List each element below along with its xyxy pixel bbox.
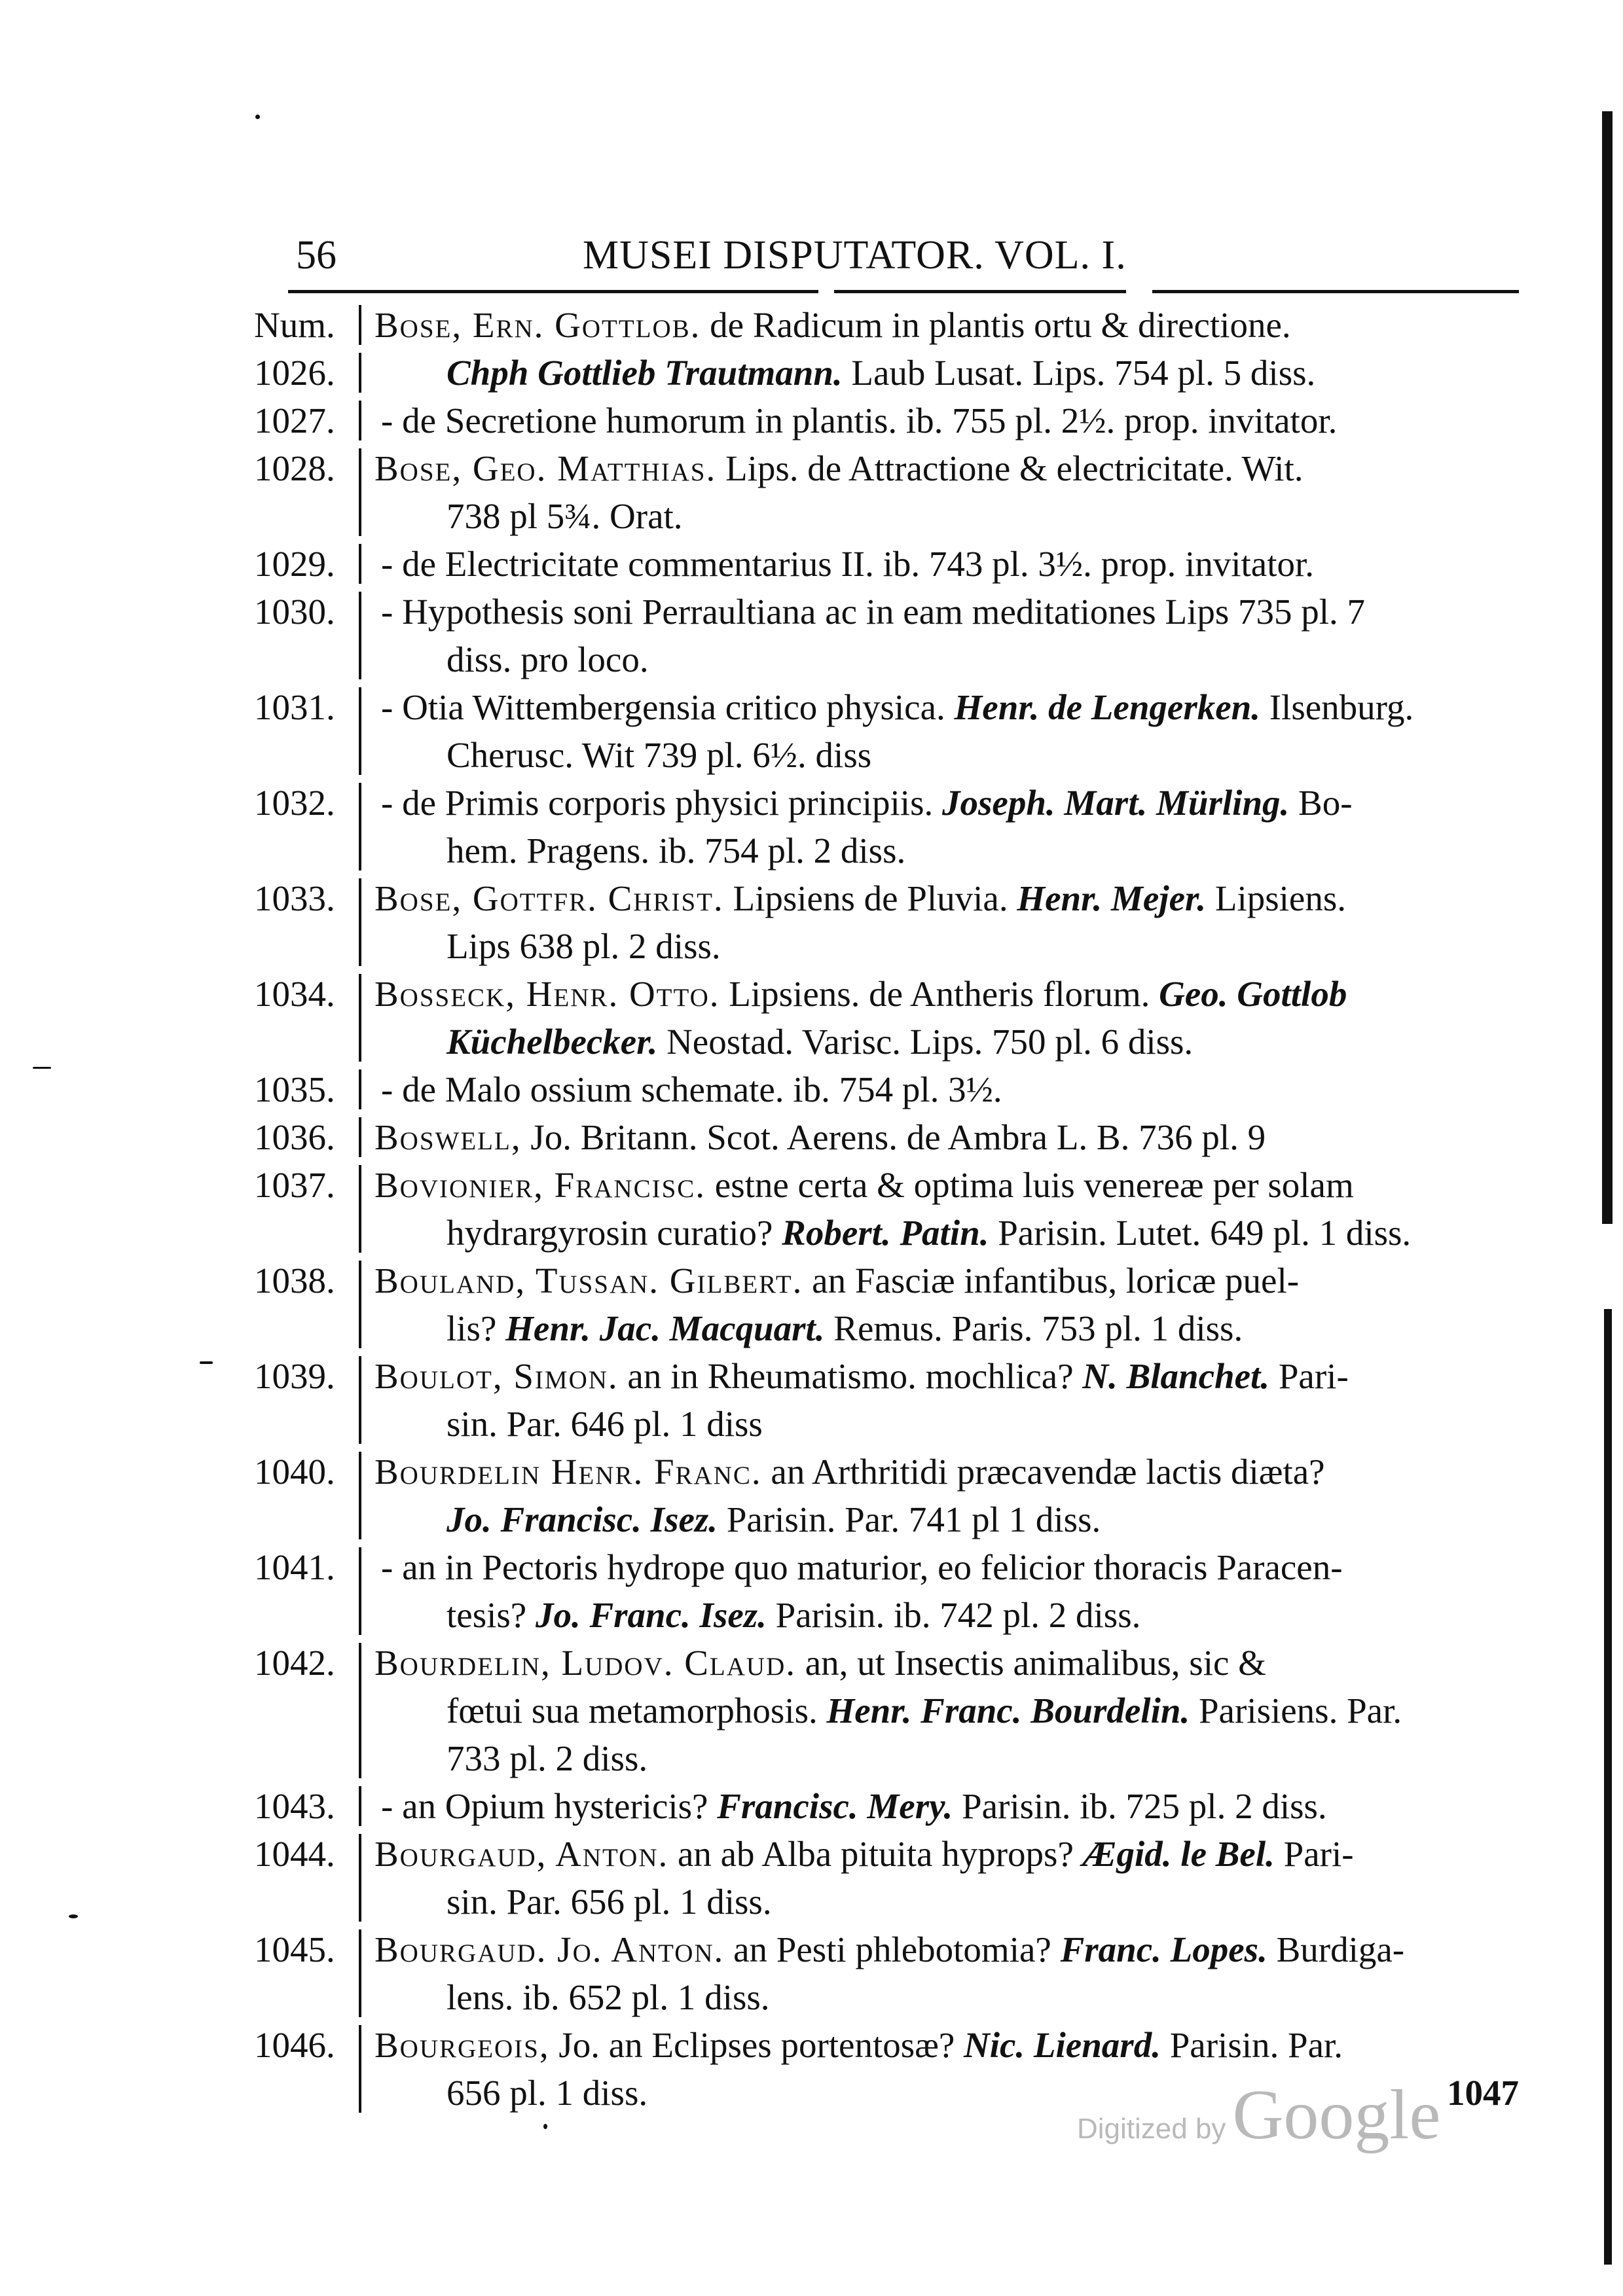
entry-number: 1036. bbox=[249, 1113, 359, 1161]
respondent-name: Francisc. Mery. bbox=[717, 1786, 953, 1826]
entry-text: Bovionier, Francisc. estne certa & optim… bbox=[361, 1161, 1519, 1257]
scan-speck bbox=[543, 2124, 547, 2129]
entry-number: 1039. bbox=[249, 1352, 359, 1448]
entry-segment: sin. Par. 656 pl. 1 diss. bbox=[447, 1882, 772, 1922]
catalogue-entry: 1039.Boulot, Simon. an in Rheumatismo. m… bbox=[249, 1352, 1519, 1448]
respondent-name: Chph Gottlieb Trautmann. bbox=[447, 353, 843, 393]
entry-segment: - Hypothesis soni Perraultiana ac in eam… bbox=[381, 592, 1365, 632]
entry-text: - de Primis corporis physici principiis.… bbox=[361, 779, 1519, 874]
entry-line: 738 pl 5¾. Orat. bbox=[374, 492, 1519, 540]
respondent-name: Geo. Gottlob bbox=[1159, 974, 1347, 1014]
watermark-prefix: Digitized by bbox=[1077, 2113, 1226, 2145]
catalogue-entry: 1042.Bourdelin, Ludov. Claud. an, ut Ins… bbox=[249, 1639, 1519, 1782]
catalogue-entry: 1034.Bosseck, Henr. Otto. Lipsiens. de A… bbox=[249, 970, 1519, 1066]
entry-segment: - de Secretione humorum in plantis. ib. … bbox=[381, 401, 1337, 440]
entry-text: Chph Gottlieb Trautmann. Laub Lusat. Lip… bbox=[361, 349, 1519, 397]
entry-segment: Parisiens. Par. bbox=[1190, 1691, 1402, 1731]
entry-segment: - de Malo ossium schemate. ib. 754 pl. 3… bbox=[381, 1069, 1002, 1109]
entry-line: Bovionier, Francisc. estne certa & optim… bbox=[374, 1161, 1519, 1209]
entry-text: Bose, Gottfr. Christ. Lipsiens de Pluvia… bbox=[361, 874, 1519, 970]
entry-number: 1038. bbox=[249, 1257, 359, 1352]
respondent-name: Henr. de Lengerken. bbox=[955, 687, 1260, 727]
entry-segment: Parisin. Par. bbox=[1161, 2025, 1343, 2065]
author-name: Bourgaud, Anton. bbox=[374, 1834, 668, 1874]
entry-text: Boulot, Simon. an in Rheumatismo. mochli… bbox=[361, 1352, 1519, 1448]
catalogue-entry: Num.Bose, Ern. Gottlob. de Radicum in pl… bbox=[249, 301, 1519, 349]
entry-line: - de Electricitate commentarius II. ib. … bbox=[374, 540, 1519, 588]
entry-segment: Bo- bbox=[1289, 783, 1352, 823]
catalogue-entry: 1031.- Otia Wittembergensia critico phys… bbox=[249, 683, 1519, 779]
entry-number: 1027. bbox=[249, 397, 359, 444]
entry-segment: - an in Pectoris hydrope quo maturior, e… bbox=[381, 1547, 1343, 1587]
catalogue-entry: 1030.- Hypothesis soni Perraultiana ac i… bbox=[249, 588, 1519, 683]
catalogue-entry: 1044.Bourgaud, Anton. an ab Alba pituita… bbox=[249, 1830, 1519, 1926]
catalogue-entry: 1033.Bose, Gottfr. Christ. Lipsiens de P… bbox=[249, 874, 1519, 970]
author-name: Boulot, Simon. bbox=[374, 1356, 619, 1396]
entry-number: 1031. bbox=[249, 683, 359, 779]
entry-segment: de Radicum in plantis ortu & directione. bbox=[701, 305, 1290, 345]
entry-line: Boswell, Jo. Britann. Scot. Aerens. de A… bbox=[374, 1113, 1519, 1161]
entry-segment: Parisin. Lutet. 649 pl. 1 diss. bbox=[989, 1213, 1411, 1253]
author-name: Bose, Ern. Gottlob. bbox=[374, 305, 701, 345]
entry-number: 1026. bbox=[249, 349, 359, 397]
running-title: MUSEI DISPUTATOR. VOL. I. bbox=[583, 229, 1127, 281]
entry-segment: sin. Par. 646 pl. 1 diss bbox=[447, 1404, 763, 1444]
entry-segment: Laub Lusat. Lips. 754 pl. 5 diss. bbox=[843, 353, 1316, 393]
respondent-name: Küchelbecker. bbox=[447, 1022, 657, 1062]
entry-segment: - an Opium hystericis? bbox=[381, 1786, 717, 1826]
catalogue-entry: 1035.- de Malo ossium schemate. ib. 754 … bbox=[249, 1066, 1519, 1113]
author-name: Bose, Geo. Matthias. bbox=[374, 448, 716, 488]
entry-number: 1043. bbox=[249, 1782, 359, 1830]
entry-line: Bourgaud, Anton. an ab Alba pituita hypr… bbox=[374, 1830, 1519, 1878]
entry-line: Bose, Geo. Matthias. Lips. de Attraction… bbox=[374, 444, 1519, 492]
entry-segment: Lipsiens. de Antheris florum. bbox=[720, 974, 1159, 1014]
author-name: Bourgaud. Jo. Anton. bbox=[374, 1929, 724, 1969]
entry-line: Bourdelin Henr. Franc. an Arthritidi præ… bbox=[374, 1448, 1519, 1496]
author-name: Bose, Gottfr. Christ. bbox=[374, 878, 724, 918]
entry-text: - an in Pectoris hydrope quo maturior, e… bbox=[361, 1543, 1519, 1639]
respondent-name: N. Blanchet. bbox=[1082, 1356, 1269, 1396]
scan-speck bbox=[200, 1361, 213, 1364]
respondent-name: Henr. Mejer. bbox=[1017, 878, 1206, 918]
author-name: Bovionier, Francisc. bbox=[374, 1165, 706, 1205]
entry-number: 1032. bbox=[249, 779, 359, 874]
catalogue-entry: 1028.Bose, Geo. Matthias. Lips. de Attra… bbox=[249, 444, 1519, 540]
entry-text: Bose, Geo. Matthias. Lips. de Attraction… bbox=[361, 444, 1519, 540]
entry-segment: estne certa & optima luis venereæ per so… bbox=[706, 1165, 1354, 1205]
entry-line: lis? Henr. Jac. Macquart. Remus. Paris. … bbox=[374, 1304, 1519, 1352]
entry-segment: fœtui sua metamorphosis. bbox=[447, 1691, 826, 1731]
catalogue-entries: Num.Bose, Ern. Gottlob. de Radicum in pl… bbox=[249, 301, 1519, 2117]
entry-segment: tesis? bbox=[447, 1595, 536, 1635]
entry-text: Bouland, Tussan. Gilbert. an Fasciæ infa… bbox=[361, 1257, 1519, 1352]
entry-number: 1030. bbox=[249, 588, 359, 683]
author-name: Bourgeois, bbox=[374, 2025, 550, 2065]
entry-segment: an in Rheumatismo. mochlica? bbox=[619, 1356, 1083, 1396]
entry-line: Bose, Gottfr. Christ. Lipsiens de Pluvia… bbox=[374, 874, 1519, 922]
respondent-name: Henr. Franc. Bourdelin. bbox=[826, 1691, 1190, 1731]
respondent-name: Joseph. Mart. Mürling. bbox=[942, 783, 1289, 823]
entry-segment: Jo. an Eclipses portentosæ? bbox=[550, 2025, 964, 2065]
catalogue-entry: 1038.Bouland, Tussan. Gilbert. an Fasciæ… bbox=[249, 1257, 1519, 1352]
catalogue-entry: 1040.Bourdelin Henr. Franc. an Arthritid… bbox=[249, 1448, 1519, 1543]
entry-text: Bourgaud. Jo. Anton. an Pesti phlebotomi… bbox=[361, 1926, 1519, 2021]
entry-segment: Lips 638 pl. 2 diss. bbox=[447, 926, 721, 966]
entry-number: 1034. bbox=[249, 970, 359, 1066]
entry-text: - de Electricitate commentarius II. ib. … bbox=[361, 540, 1519, 588]
entry-line: Bose, Ern. Gottlob. de Radicum in planti… bbox=[374, 301, 1519, 349]
header-rule-gap bbox=[1126, 290, 1152, 293]
entry-line: Bourgeois, Jo. an Eclipses portentosæ? N… bbox=[374, 2021, 1519, 2069]
entry-line: - de Malo ossium schemate. ib. 754 pl. 3… bbox=[374, 1066, 1519, 1113]
scan-speck bbox=[33, 1067, 51, 1069]
entry-segment: Parisin. Par. 741 pl 1 diss. bbox=[718, 1499, 1101, 1539]
entry-line: - Hypothesis soni Perraultiana ac in eam… bbox=[374, 588, 1519, 636]
entry-line: Boulot, Simon. an in Rheumatismo. mochli… bbox=[374, 1352, 1519, 1400]
entry-segment: an, ut Insectis animalibus, sic & bbox=[796, 1643, 1266, 1683]
catalogue-entry: 1045.Bourgaud. Jo. Anton. an Pesti phleb… bbox=[249, 1926, 1519, 2021]
entry-segment: an ab Alba pituita hyprops? bbox=[668, 1834, 1082, 1874]
entry-text: - Otia Wittembergensia critico physica. … bbox=[361, 683, 1519, 779]
entry-segment: lis? bbox=[447, 1308, 505, 1348]
entry-line: - de Secretione humorum in plantis. ib. … bbox=[374, 397, 1519, 444]
catalogue-entry: 1027.- de Secretione humorum in plantis.… bbox=[249, 397, 1519, 444]
entry-line: Jo. Francisc. Isez. Parisin. Par. 741 pl… bbox=[374, 1496, 1519, 1543]
entry-text: Bose, Ern. Gottlob. de Radicum in planti… bbox=[361, 301, 1519, 349]
entry-line: 733 pl. 2 diss. bbox=[374, 1734, 1519, 1782]
entry-text: Bosseck, Henr. Otto. Lipsiens. de Anther… bbox=[361, 970, 1519, 1066]
entry-number: 1042. bbox=[249, 1639, 359, 1782]
entry-segment: 738 pl 5¾. Orat. bbox=[447, 496, 683, 536]
entry-line: Lips 638 pl. 2 diss. bbox=[374, 922, 1519, 970]
entry-text: - de Secretione humorum in plantis. ib. … bbox=[361, 397, 1519, 444]
entry-segment: 656 pl. 1 diss. bbox=[447, 2073, 647, 2113]
entry-segment: an Pesti phlebotomia? bbox=[724, 1929, 1060, 1969]
header-rule-gap bbox=[818, 290, 834, 293]
entry-segment: hydrargyrosin curatio? bbox=[447, 1213, 782, 1253]
entry-line: Bourgaud. Jo. Anton. an Pesti phlebotomi… bbox=[374, 1926, 1519, 1973]
entry-segment: - de Electricitate commentarius II. ib. … bbox=[381, 544, 1314, 584]
entry-segment: 733 pl. 2 diss. bbox=[447, 1738, 647, 1778]
respondent-name: Franc. Lopes. bbox=[1061, 1929, 1267, 1969]
entry-text: Bourdelin Henr. Franc. an Arthritidi præ… bbox=[361, 1448, 1519, 1543]
entry-segment: Burdiga- bbox=[1267, 1929, 1404, 1969]
scan-speck bbox=[255, 115, 260, 119]
entry-segment: - Otia Wittembergensia critico physica. bbox=[381, 687, 955, 727]
catalogue-entry: 1036.Boswell, Jo. Britann. Scot. Aerens.… bbox=[249, 1113, 1519, 1161]
catalogue-entry: 1037.Bovionier, Francisc. estne certa & … bbox=[249, 1161, 1519, 1257]
entry-segment: Neostad. Varisc. Lips. 750 pl. 6 diss. bbox=[657, 1022, 1193, 1062]
entry-text: - an Opium hystericis? Francisc. Mery. P… bbox=[361, 1782, 1519, 1830]
author-name: Bourdelin, Ludov. Claud. bbox=[374, 1643, 796, 1683]
entry-number: 1044. bbox=[249, 1830, 359, 1926]
entry-segment: Pari- bbox=[1269, 1356, 1349, 1396]
entry-number: 1033. bbox=[249, 874, 359, 970]
catalogue-entry: 1041.- an in Pectoris hydrope quo maturi… bbox=[249, 1543, 1519, 1639]
entry-line: lens. ib. 652 pl. 1 diss. bbox=[374, 1973, 1519, 2021]
entry-line: Bosseck, Henr. Otto. Lipsiens. de Anther… bbox=[374, 970, 1519, 1018]
entry-line: tesis? Jo. Franc. Isez. Parisin. ib. 742… bbox=[374, 1591, 1519, 1639]
author-name: Bosseck, Henr. Otto. bbox=[374, 974, 720, 1014]
respondent-name: Jo. Franc. Isez. bbox=[536, 1595, 767, 1635]
catalogue-entry: 1029.- de Electricitate commentarius II.… bbox=[249, 540, 1519, 588]
catalogue-entry: 1043.- an Opium hystericis? Francisc. Me… bbox=[249, 1782, 1519, 1830]
entry-line: - Otia Wittembergensia critico physica. … bbox=[374, 683, 1519, 731]
entry-line: Cherusc. Wit 739 pl. 6½. diss bbox=[374, 731, 1519, 779]
entry-number: 1028. bbox=[249, 444, 359, 540]
entry-segment: Cherusc. Wit 739 pl. 6½. diss bbox=[447, 735, 871, 775]
entry-number: 1045. bbox=[249, 1926, 359, 2021]
entry-segment: lens. ib. 652 pl. 1 diss. bbox=[447, 1977, 770, 2017]
page-number: 56 bbox=[296, 229, 337, 281]
entry-segment: Pari- bbox=[1275, 1834, 1354, 1874]
entry-segment: Parisin. ib. 742 pl. 2 diss. bbox=[767, 1595, 1140, 1635]
entry-line: hem. Pragens. ib. 754 pl. 2 diss. bbox=[374, 827, 1519, 874]
entry-segment: Lipsiens de Pluvia. bbox=[724, 878, 1017, 918]
entry-segment: Jo. Britann. Scot. Aerens. de Ambra L. B… bbox=[522, 1117, 1266, 1157]
respondent-name: Henr. Jac. Macquart. bbox=[505, 1308, 824, 1348]
catalogue-entry: 1032.- de Primis corporis physici princi… bbox=[249, 779, 1519, 874]
digitized-by-watermark: Digitized by Google bbox=[1077, 2075, 1440, 2156]
entry-number: 1037. bbox=[249, 1161, 359, 1257]
entry-line: sin. Par. 646 pl. 1 diss bbox=[374, 1400, 1519, 1448]
respondent-name: Ægid. le Bel. bbox=[1083, 1834, 1275, 1874]
scan-speck bbox=[69, 1914, 78, 1918]
entry-number: 1035. bbox=[249, 1066, 359, 1113]
binding-edge bbox=[1604, 1309, 1612, 2265]
author-name: Bourdelin Henr. Franc. bbox=[374, 1452, 762, 1492]
entry-number: 1046. bbox=[249, 2021, 359, 2117]
entry-segment: - de Primis corporis physici principiis. bbox=[381, 783, 942, 823]
respondent-name: Nic. Lienard. bbox=[964, 2025, 1161, 2065]
entry-line: Bouland, Tussan. Gilbert. an Fasciæ infa… bbox=[374, 1257, 1519, 1304]
entry-line: fœtui sua metamorphosis. Henr. Franc. Bo… bbox=[374, 1687, 1519, 1734]
respondent-name: Robert. Patin. bbox=[782, 1213, 989, 1253]
entry-text: - Hypothesis soni Perraultiana ac in eam… bbox=[361, 588, 1519, 683]
entry-number: 1040. bbox=[249, 1448, 359, 1543]
entry-text: Bourdelin, Ludov. Claud. an, ut Insectis… bbox=[361, 1639, 1519, 1782]
entry-number: Num. bbox=[249, 301, 359, 349]
entry-segment: Ilsenburg. bbox=[1260, 687, 1413, 727]
entry-text: Boswell, Jo. Britann. Scot. Aerens. de A… bbox=[361, 1113, 1519, 1161]
binding-edge bbox=[1602, 111, 1613, 1224]
respondent-name: Jo. Francisc. Isez. bbox=[447, 1499, 718, 1539]
entry-segment: Parisin. ib. 725 pl. 2 diss. bbox=[953, 1786, 1326, 1826]
entry-number: 1041. bbox=[249, 1543, 359, 1639]
entry-line: - an Opium hystericis? Francisc. Mery. P… bbox=[374, 1782, 1519, 1830]
entry-number: 1029. bbox=[249, 540, 359, 588]
entry-line: diss. pro loco. bbox=[374, 636, 1519, 683]
entry-line: - de Primis corporis physici principiis.… bbox=[374, 779, 1519, 827]
entry-segment: hem. Pragens. ib. 754 pl. 2 diss. bbox=[447, 831, 905, 870]
entry-line: - an in Pectoris hydrope quo maturior, e… bbox=[374, 1543, 1519, 1591]
author-name: Boswell, bbox=[374, 1117, 522, 1157]
entry-line: Chph Gottlieb Trautmann. Laub Lusat. Lip… bbox=[374, 349, 1519, 397]
entry-line: hydrargyrosin curatio? Robert. Patin. Pa… bbox=[374, 1209, 1519, 1257]
entry-segment: an Arthritidi præcavendæ lactis diæta? bbox=[762, 1452, 1325, 1492]
entry-text: Bourgaud, Anton. an ab Alba pituita hypr… bbox=[361, 1830, 1519, 1926]
entry-segment: an Fasciæ infantibus, loricæ puel- bbox=[803, 1261, 1299, 1300]
catalogue-entry: 1026.Chph Gottlieb Trautmann. Laub Lusat… bbox=[249, 349, 1519, 397]
entry-line: sin. Par. 656 pl. 1 diss. bbox=[374, 1878, 1519, 1926]
entry-segment: Remus. Paris. 753 pl. 1 diss. bbox=[825, 1308, 1243, 1348]
author-name: Bouland, Tussan. Gilbert. bbox=[374, 1261, 803, 1300]
entry-text: - de Malo ossium schemate. ib. 754 pl. 3… bbox=[361, 1066, 1519, 1113]
google-logo: Google bbox=[1232, 2076, 1440, 2154]
entry-line: Bourdelin, Ludov. Claud. an, ut Insectis… bbox=[374, 1639, 1519, 1687]
page-header: 56 MUSEI DISPUTATOR. VOL. I. bbox=[282, 229, 1519, 281]
catchword: 1047 bbox=[1447, 2069, 1519, 2117]
entry-segment: diss. pro loco. bbox=[447, 639, 649, 679]
entry-segment: Lips. de Attractione & electricitate. Wi… bbox=[716, 448, 1303, 488]
entry-line: Küchelbecker. Neostad. Varisc. Lips. 750… bbox=[374, 1018, 1519, 1066]
header-rule bbox=[288, 290, 1519, 293]
entry-segment: Lipsiens. bbox=[1206, 878, 1346, 918]
